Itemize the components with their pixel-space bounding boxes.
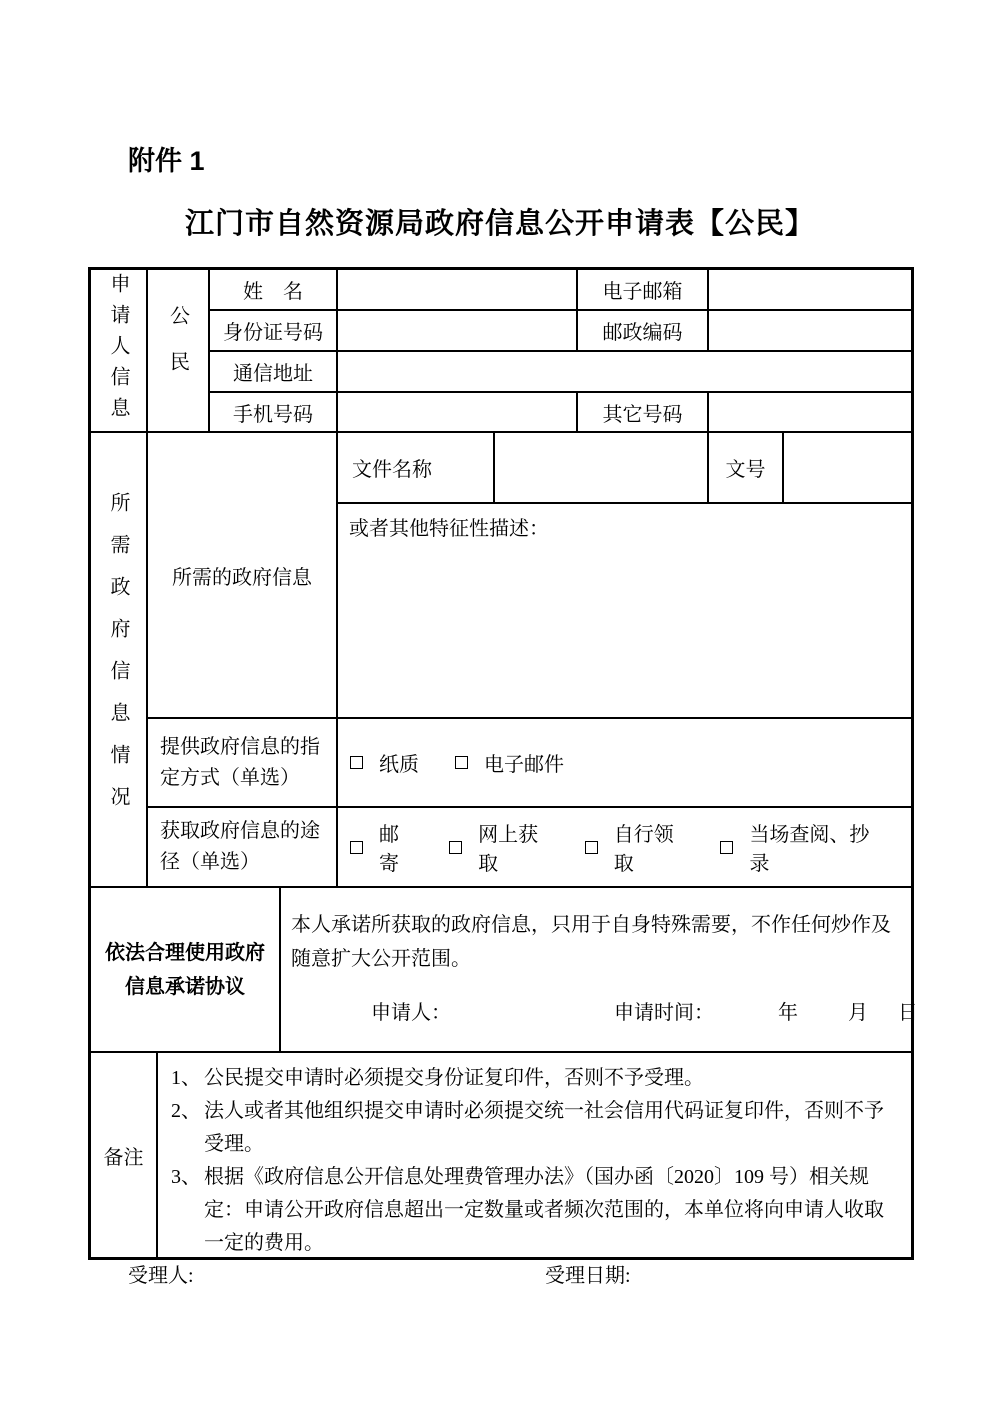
option-label: 网上获取: [478, 818, 549, 876]
page-title: 江门市自然资源局政府信息公开申请表【公民】: [0, 201, 1000, 242]
option-mail: 邮寄: [350, 818, 413, 876]
delivery-method-options: 纸质 电子邮件: [337, 718, 912, 807]
email-input[interactable]: [708, 269, 912, 310]
mobile-input[interactable]: [337, 392, 577, 432]
option-label: 当场查阅、抄录: [749, 818, 875, 876]
other-number-label: 其它号码: [577, 392, 708, 432]
commitment-label: 依法合理使用政府信息承诺协议: [90, 887, 280, 1052]
postal-code-label: 邮政编码: [577, 310, 708, 351]
file-name-label: 文件名称: [337, 432, 494, 503]
option-label: 电子邮件: [484, 748, 564, 777]
option-label: 邮寄: [379, 818, 413, 876]
option-onsite-read-copy: 当场查阅、抄录: [720, 818, 875, 876]
checkbox-icon[interactable]: [449, 841, 462, 854]
day-label: 日: [898, 996, 918, 1025]
section-requested-info: 所需政府信息情况: [90, 432, 147, 887]
checkbox-icon[interactable]: [350, 756, 363, 769]
option-label: 纸质: [379, 748, 419, 777]
remarks-content: 1、 公民提交申请时必须提交身份证复印件，否则不予受理。 2、 法人或者其他组织…: [157, 1052, 912, 1258]
postal-code-input[interactable]: [708, 310, 912, 351]
attachment-label: 附件 1: [128, 139, 205, 178]
remark-number: 3、: [171, 1161, 201, 1194]
remark-text: 公民提交申请时必须提交身份证复印件，否则不予受理。: [204, 1067, 704, 1089]
year-label: 年: [778, 996, 798, 1025]
remark-item: 1、 公民提交申请时必须提交身份证复印件，否则不予受理。: [171, 1062, 899, 1095]
remarks-label: 备注: [90, 1052, 157, 1258]
file-name-input[interactable]: [494, 432, 708, 503]
other-number-input[interactable]: [708, 392, 912, 432]
mobile-label: 手机号码: [209, 392, 337, 432]
commitment-signature-row: 申请人： 申请时间： 年 月 日: [281, 996, 911, 1026]
checkbox-icon[interactable]: [350, 841, 363, 854]
checkbox-icon[interactable]: [720, 841, 733, 854]
acceptor-label[interactable]: 受理人:: [128, 1259, 194, 1288]
option-paper: 纸质: [350, 748, 419, 777]
apply-time-label[interactable]: 申请时间：: [614, 996, 714, 1025]
obtain-way-options: 邮寄 网上获取 自行领取 当场查阅、抄录: [337, 807, 912, 887]
address-label: 通信地址: [209, 351, 337, 392]
option-self-pickup: 自行领取: [585, 818, 685, 876]
id-number-input[interactable]: [337, 310, 577, 351]
name-label: 姓 名: [209, 269, 337, 310]
commitment-text: 本人承诺所获取的政府信息，只用于自身特殊需要，不作任何炒作及随意扩大公开范围。: [281, 888, 911, 976]
email-label: 电子邮箱: [577, 269, 708, 310]
obtain-way-label: 获取政府信息的途径（单选）: [147, 807, 337, 887]
remark-text: 法人或者其他组织提交申请时必须提交统一社会信用代码证复印件，否则不予受理。: [204, 1100, 884, 1155]
option-online: 网上获取: [449, 818, 549, 876]
other-description-input[interactable]: 或者其他特征性描述：: [337, 503, 912, 718]
remark-number: 2、: [171, 1095, 201, 1128]
applicant-type-citizen: 公民: [147, 269, 209, 432]
remark-item: 3、 根据《政府信息公开信息处理费管理办法》（国办函〔2020〕109 号）相关…: [171, 1161, 899, 1260]
application-form-table: 申请人信息 公民 姓 名 电子邮箱 身份证号码 邮政编码 通信地址 手机号码 其…: [88, 267, 914, 1260]
accept-date-label[interactable]: 受理日期:: [545, 1259, 631, 1288]
doc-no-label: 文号: [708, 432, 783, 503]
remark-number: 1、: [171, 1062, 201, 1095]
address-input[interactable]: [337, 351, 912, 392]
option-label: 自行领取: [614, 818, 685, 876]
section-applicant-info: 申请人信息: [90, 269, 147, 432]
name-input[interactable]: [337, 269, 577, 310]
delivery-method-label: 提供政府信息的指定方式（单选）: [147, 718, 337, 807]
checkbox-icon[interactable]: [455, 756, 468, 769]
form-page: 附件 1 江门市自然资源局政府信息公开申请表【公民】 申请人信息 公民 姓 名 …: [0, 0, 1000, 1414]
doc-no-input[interactable]: [783, 432, 912, 503]
month-label: 月: [848, 996, 868, 1025]
option-email: 电子邮件: [455, 748, 564, 777]
id-number-label: 身份证号码: [209, 310, 337, 351]
needed-info-label: 所需的政府信息: [147, 432, 337, 718]
commitment-content: 本人承诺所获取的政府信息，只用于自身特殊需要，不作任何炒作及随意扩大公开范围。 …: [280, 887, 912, 1052]
applicant-sign-label[interactable]: 申请人：: [371, 996, 451, 1025]
checkbox-icon[interactable]: [585, 841, 598, 854]
remark-text: 根据《政府信息公开信息处理费管理办法》（国办函〔2020〕109 号）相关规定：…: [204, 1166, 884, 1254]
remark-item: 2、 法人或者其他组织提交申请时必须提交统一社会信用代码证复印件，否则不予受理。: [171, 1095, 899, 1161]
